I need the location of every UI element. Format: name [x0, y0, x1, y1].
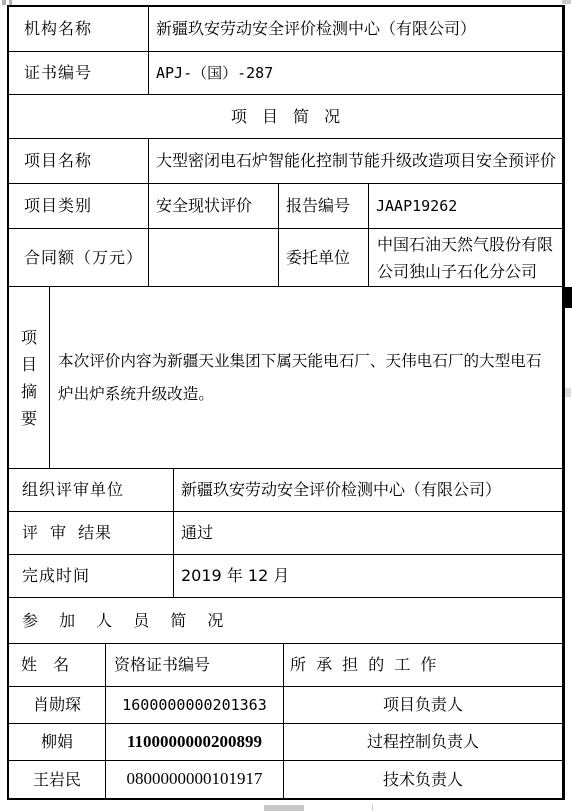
person-role: 技术负责人 — [284, 761, 562, 798]
person-cert-no: 1600000000201363 — [106, 687, 284, 723]
people-col-name: 姓 名 — [9, 644, 106, 686]
table-row: 合同额（万元） 委托单位 中国石油天然气股份有限公司独山子石化分公司 — [9, 229, 562, 287]
table-row: 证书编号 APJ-（国）-287 — [9, 52, 562, 95]
review-org-label: 组织评审单位 — [9, 469, 174, 511]
section-header-participants: 参 加 人 员 简 况 — [9, 598, 562, 643]
table-row: 项目类别 安全现状评价 报告编号 JAAP19262 — [9, 184, 562, 229]
person-name: 柳娟 — [9, 724, 106, 760]
person-name: 王岩民 — [9, 761, 106, 798]
person-role: 过程控制负责人 — [284, 724, 562, 760]
bottom-edge-mark — [372, 804, 373, 811]
summary-label-char: 项 — [9, 324, 49, 351]
person-name: 肖勋琛 — [9, 687, 106, 723]
summary-cell: 本次评价内容为新疆天业集团下属天能电石厂、天伟电石厂的大型电石炉出炉系统升级改造… — [50, 287, 562, 468]
right-edge-mark — [565, 388, 571, 397]
people-row: 柳娟 1100000000200899 过程控制负责人 — [9, 724, 562, 761]
table-row: 项 目 简 况 — [9, 95, 562, 139]
report-no-value: JAAP19262 — [369, 184, 562, 228]
summary-label-char: 要 — [9, 405, 49, 432]
person-cert-no: 0800000000101917 — [106, 761, 284, 798]
client-label: 委托单位 — [279, 229, 369, 286]
completion-time-value: 2019 年 12 月 — [174, 555, 562, 597]
table-row: 项 目 摘 要 本次评价内容为新疆天业集团下属天能电石厂、天伟电石厂的大型电石炉… — [9, 287, 562, 469]
org-name-label: 机构名称 — [9, 7, 149, 51]
person-role: 项目负责人 — [284, 687, 562, 723]
project-type-label: 项目类别 — [9, 184, 149, 228]
people-col-role: 所 承 担 的 工 作 — [284, 644, 562, 686]
person-cert-no: 1100000000200899 — [106, 724, 284, 760]
people-row: 王岩民 0800000000101917 技术负责人 — [9, 761, 562, 798]
people-row: 肖勋琛 1600000000201363 项目负责人 — [9, 687, 562, 724]
people-col-cert-no: 资格证书编号 — [106, 644, 284, 686]
top-right-handle-fragment — [562, 0, 571, 4]
table-row: 参 加 人 员 简 况 — [9, 598, 562, 644]
cert-no-label: 证书编号 — [9, 52, 149, 94]
contract-amount-label: 合同额（万元） — [9, 229, 149, 286]
document-page: 机构名称 新疆玖安劳动安全评价检测中心（有限公司） 证书编号 APJ-（国）-2… — [0, 0, 572, 811]
project-type-value: 安全现状评价 — [149, 184, 279, 228]
table-row: 组织评审单位 新疆玖安劳动安全评价检测中心（有限公司） — [9, 469, 562, 512]
evaluation-record-table: 机构名称 新疆玖安劳动安全评价检测中心（有限公司） 证书编号 APJ-（国）-2… — [7, 5, 565, 800]
section-header-project-overview: 项 目 简 况 — [9, 95, 562, 138]
completion-time-label: 完成时间 — [9, 555, 174, 597]
review-org-value: 新疆玖安劳动安全评价检测中心（有限公司） — [174, 469, 562, 511]
summary-label: 项 目 摘 要 — [9, 287, 50, 468]
project-name-label: 项目名称 — [9, 139, 149, 183]
review-result-label: 评 审 结果 — [9, 512, 174, 554]
table-row: 评 审 结果 通过 — [9, 512, 562, 555]
top-left-handle-fragment — [2, 0, 6, 5]
review-result-value: 通过 — [174, 512, 562, 554]
people-header-row: 姓 名 资格证书编号 所 承 担 的 工 作 — [9, 644, 562, 687]
contract-amount-value — [149, 229, 279, 286]
table-row: 机构名称 新疆玖安劳动安全评价检测中心（有限公司） — [9, 7, 562, 52]
table-row: 项目名称 大型密闭电石炉智能化控制节能升级改造项目安全预评价 — [9, 139, 562, 184]
summary-label-char: 摘 — [9, 378, 49, 405]
summary-label-char: 目 — [9, 351, 49, 378]
right-edge-mark — [564, 287, 572, 308]
org-name-value: 新疆玖安劳动安全评价检测中心（有限公司） — [149, 7, 562, 51]
report-no-label: 报告编号 — [279, 184, 369, 228]
summary-text: 本次评价内容为新疆天业集团下属天能电石厂、天伟电石厂的大型电石炉出炉系统升级改造… — [50, 345, 562, 411]
horizontal-scrollbar-thumb[interactable] — [264, 805, 304, 811]
table-row: 完成时间 2019 年 12 月 — [9, 555, 562, 598]
cert-no-value: APJ-（国）-287 — [149, 52, 562, 94]
project-name-value: 大型密闭电石炉智能化控制节能升级改造项目安全预评价 — [149, 139, 562, 183]
client-value: 中国石油天然气股份有限公司独山子石化分公司 — [369, 229, 562, 286]
